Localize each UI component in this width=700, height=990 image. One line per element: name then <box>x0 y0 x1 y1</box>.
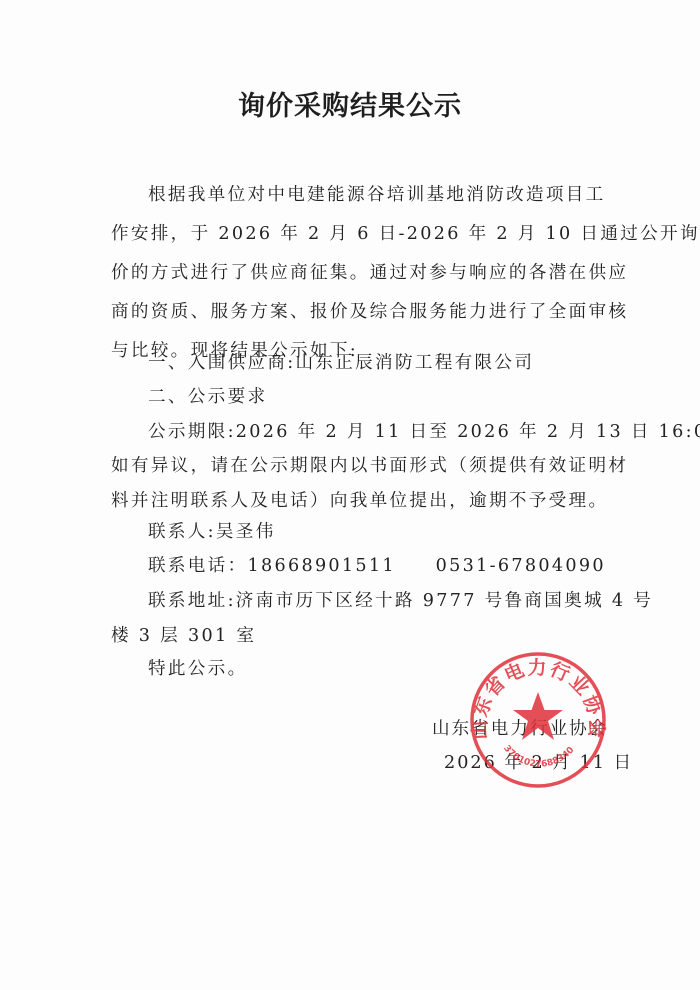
document-title: 询价采购结果公示 <box>0 84 700 123</box>
paragraph-line: 作安排，于 2026 年 2 月 6 日-2026 年 2 月 10 日通过公开… <box>111 220 700 245</box>
section-supplier: 一、入围供应商:山东正辰消防工程有限公司 <box>148 349 534 374</box>
official-seal-stamp: 山东省电力行业协会 3701027688340 <box>468 650 608 790</box>
svg-text:3701027688340: 3701027688340 <box>501 744 576 770</box>
closing-text: 特此公示。 <box>148 655 247 680</box>
contact-address: 联系地址:济南市历下区经十路 9777 号鲁商国奥城 4 号 <box>148 587 653 612</box>
period-line: 料并注明联系人及电话）向我单位提出，逾期不予受理。 <box>111 487 608 512</box>
document-page: 询价采购结果公示 根据我单位对中电建能源谷培训基地消防改造项目工 作安排，于 2… <box>0 0 700 990</box>
period-line: 如有异议，请在公示期限内以书面形式（须提供有效证明材 <box>111 452 628 477</box>
star-icon <box>513 692 563 740</box>
paragraph-line: 根据我单位对中电建能源谷培训基地消防改造项目工 <box>148 181 606 206</box>
period-line: 公示期限:2026 年 2 月 11 日至 2026 年 2 月 13 日 16… <box>148 418 700 443</box>
contact-address: 楼 3 层 301 室 <box>111 622 256 647</box>
paragraph-line: 商的资质、服务方案、报价及综合服务能力进行了全面审核 <box>111 298 628 323</box>
section-requirements: 二、公示要求 <box>148 383 267 408</box>
paragraph-line: 价的方式进行了供应商征集。通过对参与响应的各潜在供应 <box>111 259 628 284</box>
contact-phone: 联系电话：18668901511 0531-67804090 <box>148 552 606 577</box>
contact-person: 联系人:吴圣伟 <box>148 518 276 543</box>
